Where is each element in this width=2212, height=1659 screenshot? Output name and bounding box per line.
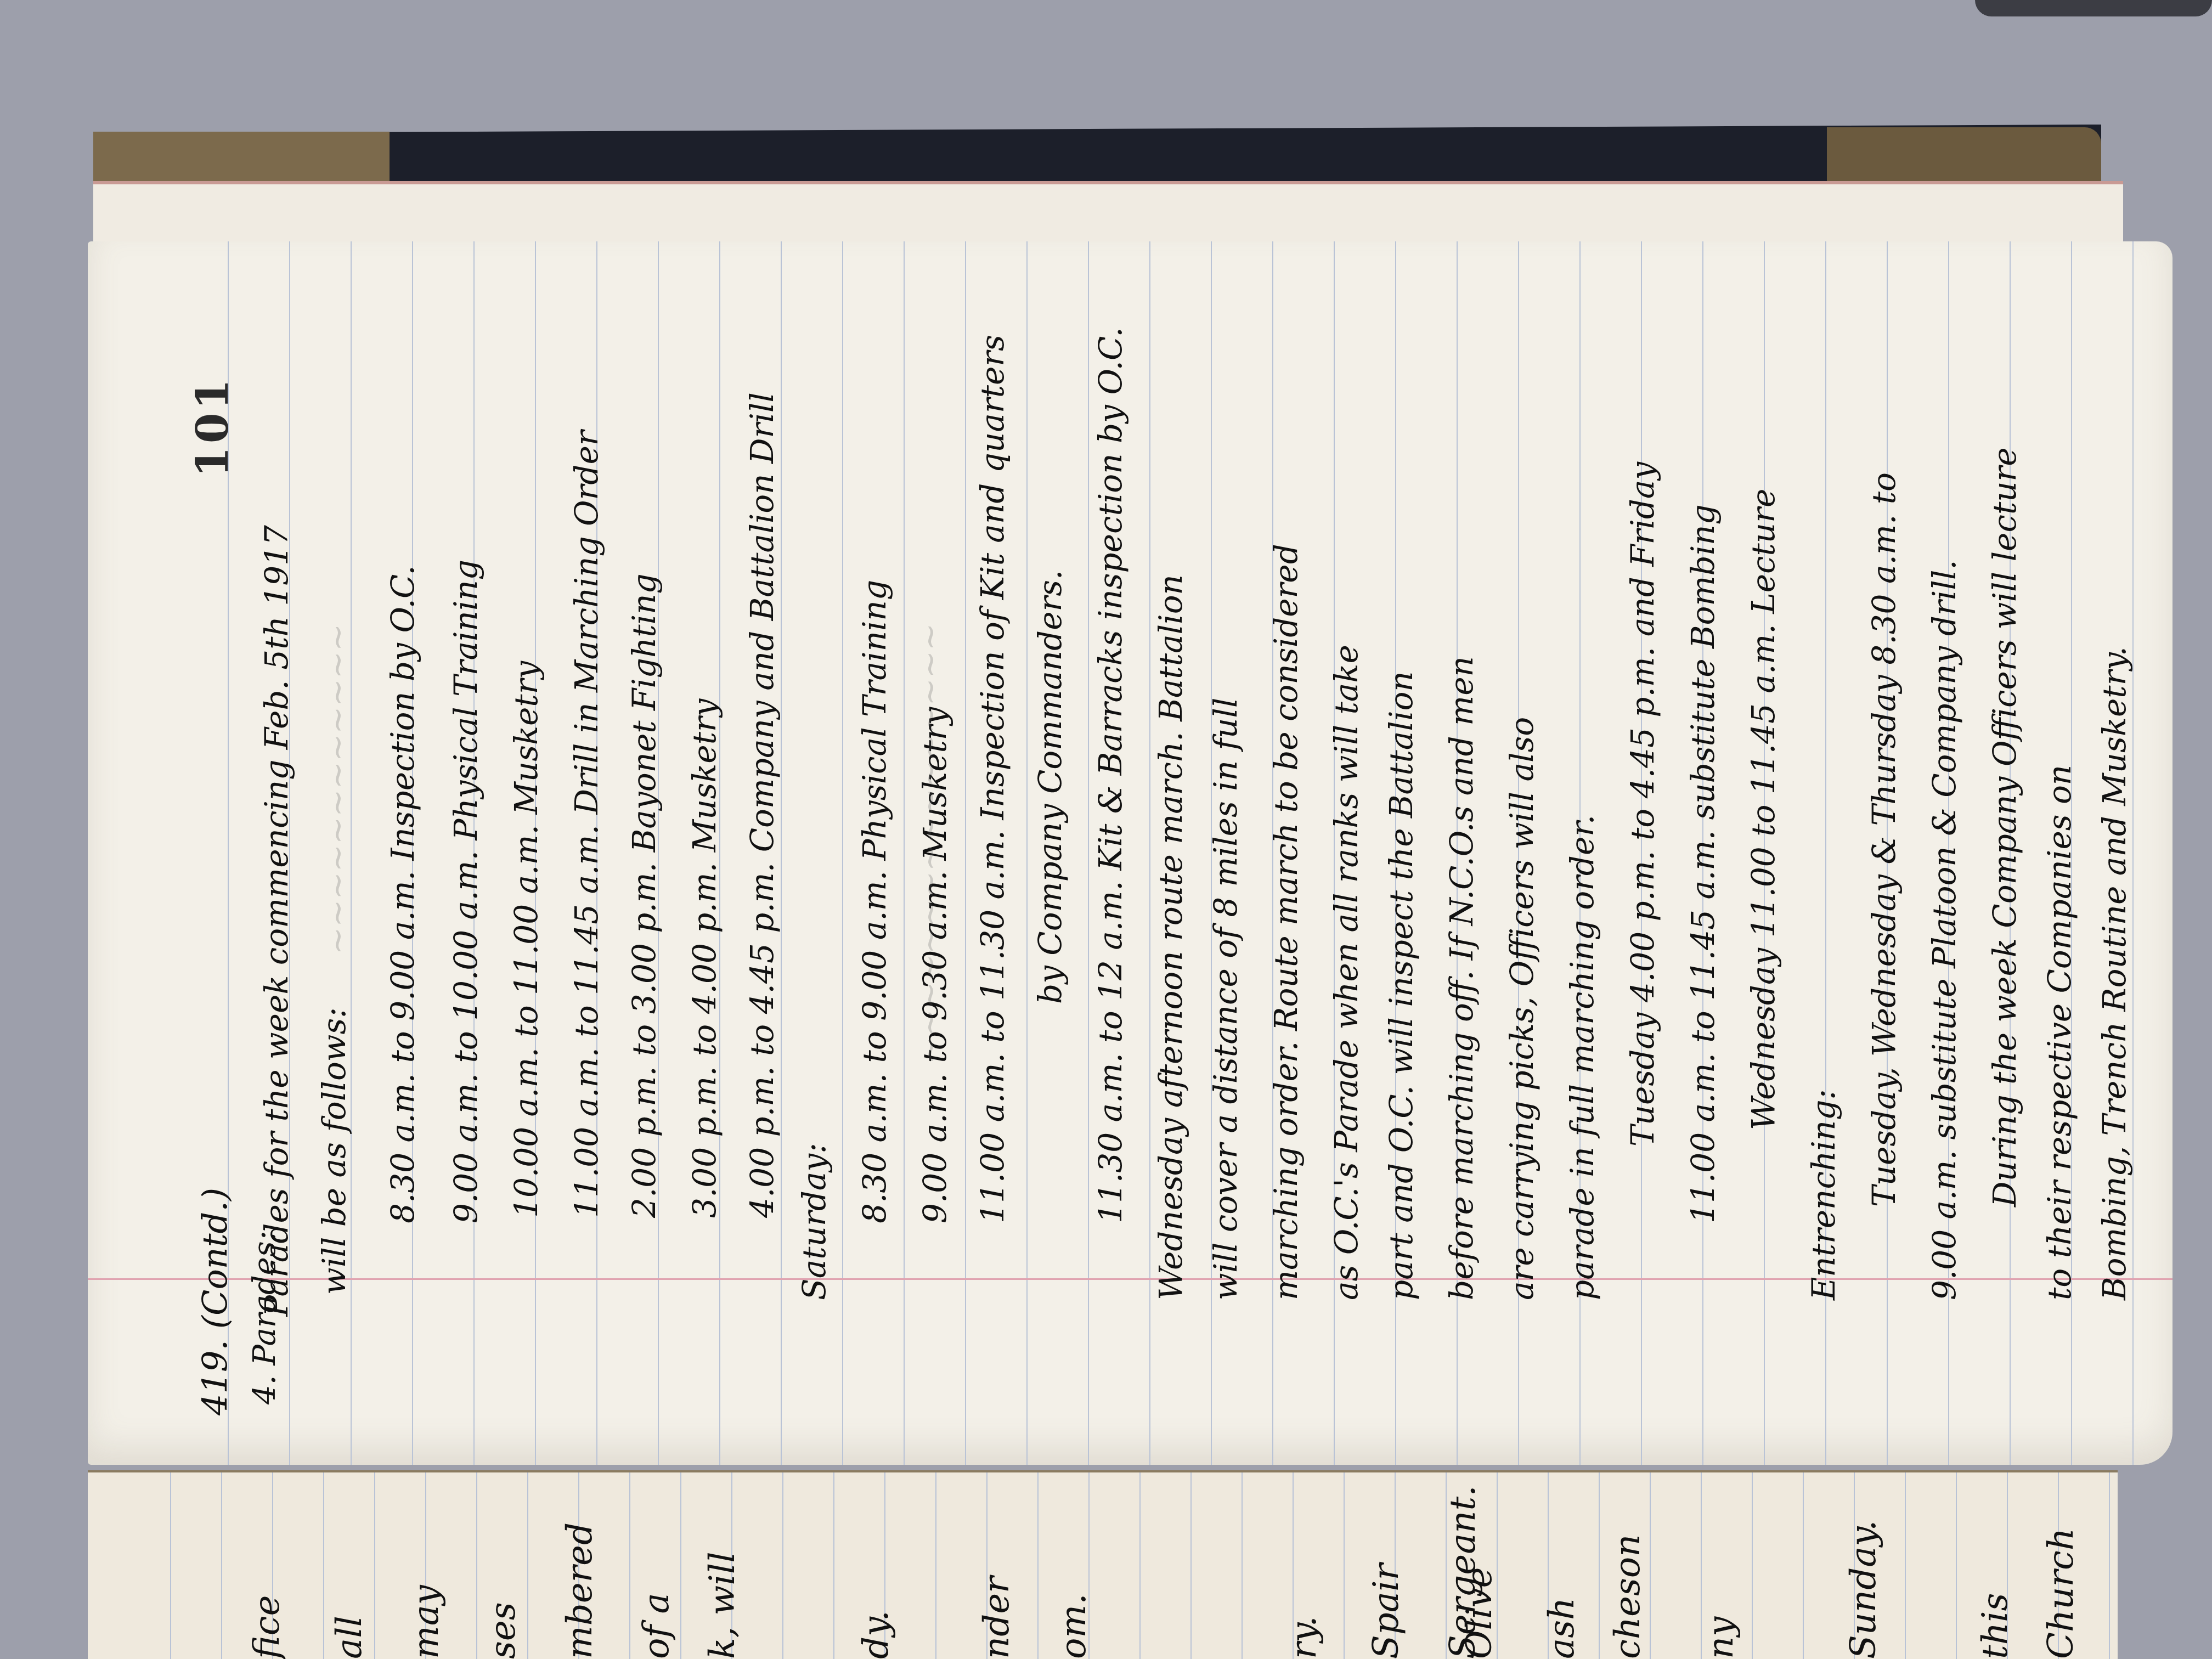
facing-ruled-line	[782, 1472, 783, 1659]
facing-ruled-line	[1190, 1472, 1192, 1659]
facing-ruled-line	[323, 1472, 324, 1659]
facing-ruled-line	[2109, 1472, 2110, 1659]
facing-page: ficeallmaysesmberedof ak, willdy.nderom.…	[88, 1470, 2118, 1659]
handwritten-line: by Company Commanders.	[1031, 570, 1069, 1005]
ruled-line	[1149, 241, 1150, 1465]
facing-ruled-line	[170, 1472, 171, 1659]
handwritten-line: to their respective Companies on	[2041, 765, 2078, 1300]
handwritten-line: Parades for the week commencing Feb. 5th…	[258, 525, 295, 1317]
handwritten-line: 8.30 a.m. to 9.00 a.m. Inspection by O.C…	[384, 565, 421, 1223]
facing-page-fragment: k, will	[702, 1551, 743, 1659]
handwritten-line: 8.30 a.m. to 9.00 a.m. Physical Training	[856, 580, 893, 1223]
facing-ruled-line	[833, 1472, 834, 1659]
handwritten-line: as O.C.'s Parade when all ranks will tak…	[1328, 645, 1365, 1300]
page-stack-edge	[93, 181, 2123, 246]
facing-ruled-line	[1242, 1472, 1243, 1659]
facing-ruled-line	[527, 1472, 528, 1659]
handwritten-line: parade in full marching order.	[1564, 815, 1601, 1300]
facing-ruled-line	[1139, 1472, 1141, 1659]
handwritten-line: 4.00 p.m. to 4.45 p.m. Company and Batta…	[743, 392, 781, 1218]
background-object-shadow	[1975, 0, 2212, 16]
facing-ruled-line	[1650, 1472, 1651, 1659]
facing-page-fragment: Olive	[1459, 1567, 1500, 1659]
handwritten-line: are carrying picks, Officers will also	[1503, 717, 1541, 1300]
red-margin-line	[88, 1278, 2172, 1280]
worn-cover-corner-right	[1827, 127, 2101, 182]
handwritten-line: 2.00 p.m. to 3.00 p.m. Bayonet Fighting	[625, 573, 663, 1218]
handwritten-line: 9.00 a.m. substitute Platoon & Company d…	[1926, 560, 1963, 1300]
facing-page-fragment: of a	[636, 1593, 677, 1659]
section-heading: 419. (Contd.)	[195, 1188, 235, 1415]
ruled-line	[842, 241, 843, 1465]
facing-page-fragment: ses	[483, 1602, 523, 1659]
handwritten-line: 3.00 p.m. to 4.00 p.m. Musketry	[686, 699, 723, 1218]
facing-ruled-line	[1599, 1472, 1600, 1659]
handwritten-line: Bombing, Trench Routine and Musketry.	[2096, 646, 2133, 1300]
facing-page-fragment: cheson	[1607, 1534, 1648, 1659]
handwritten-line: Wednesday afternoon route march. Battali…	[1152, 574, 1189, 1300]
bleed-through-text: ~~~~~~~~~~~~	[318, 624, 357, 955]
handwritten-line: before marching off. If N.C.O.s and men	[1443, 656, 1480, 1300]
handwritten-line: 11.00 a.m. to 11.30 a.m. Inspection of K…	[974, 335, 1011, 1223]
ledger-page: 101 419. (Contd.) 4. Parades: Parades fo…	[88, 241, 2172, 1465]
facing-page-fragment: mbered	[560, 1522, 600, 1659]
handwritten-line: Wednesday 11.00 to 11.45 a.m. Lecture	[1745, 489, 1782, 1130]
facing-page-fragment: nder	[977, 1576, 1017, 1659]
facing-ruled-line	[680, 1472, 681, 1659]
ruled-line	[1026, 241, 1028, 1465]
facing-page-fragment: fice	[247, 1595, 287, 1659]
facing-ruled-line	[221, 1472, 222, 1659]
facing-page-fragment: dy.	[856, 1610, 896, 1659]
facing-page-fragment: ash	[1542, 1598, 1582, 1659]
ruled-line	[965, 241, 966, 1465]
facing-ruled-line	[1344, 1472, 1345, 1659]
facing-page-fragment: ny	[1701, 1617, 1741, 1659]
handwritten-line: Tuesday, Wednesday & Thursday 8.30 a.m. …	[1865, 472, 1903, 1207]
handwritten-line: 11.00 a.m. to 11.45 a.m. substitute Bomb…	[1684, 504, 1722, 1223]
facing-ruled-line	[1803, 1472, 1804, 1659]
facing-page-fragment: Church	[2041, 1528, 2081, 1659]
handwritten-line: Tuesday 4.00 p.m. to 4.45 p.m. and Frida…	[1624, 462, 1661, 1147]
handwritten-line: 11.00 a.m. to 11.45 a.m. Drill in Marchi…	[568, 431, 605, 1218]
bleed-through-text: ~~~~~~~~~~~~~~~~	[911, 623, 949, 1064]
page-number: 101	[187, 376, 238, 477]
handwritten-line: 11.30 a.m. to 12 a.m. Kit & Barracks ins…	[1092, 327, 1129, 1223]
facing-page-fragment: Sunday.	[1843, 1520, 1884, 1659]
handwritten-line: 10.00 a.m. to 11.00 a.m. Musketry	[507, 661, 545, 1218]
facing-ruled-line	[935, 1472, 936, 1659]
facing-ruled-line	[629, 1472, 630, 1659]
handwritten-line: will cover a distance of 8 miles in full	[1207, 698, 1244, 1300]
handwritten-line: Saturday:	[795, 1143, 833, 1300]
facing-ruled-line	[1956, 1472, 1957, 1659]
page-number-holder: 101	[187, 368, 241, 477]
handwritten-line: During the week Company Officers will le…	[1986, 447, 2023, 1207]
ruled-line	[904, 241, 905, 1465]
handwritten-line: 9.00 a.m. to 10.00 a.m. Physical Trainin…	[447, 560, 484, 1223]
facing-page-fragment: all	[329, 1616, 370, 1659]
facing-page-fragment: om.	[1053, 1593, 1094, 1659]
facing-page-fragment: this	[1975, 1593, 2016, 1659]
facing-ruled-line	[1752, 1472, 1753, 1659]
handwritten-line: Entrenching:	[1805, 1089, 1842, 1300]
handwritten-line: part and O.C. will inspect the Battalion	[1383, 671, 1420, 1300]
ruled-line	[781, 241, 782, 1465]
facing-page-fragment: Spair	[1366, 1564, 1407, 1659]
handwritten-line: marching order. Route march to be consid…	[1267, 544, 1305, 1300]
facing-ruled-line	[374, 1472, 375, 1659]
facing-page-fragment: may	[406, 1585, 447, 1659]
facing-ruled-line	[1037, 1472, 1039, 1659]
handwritten-line: will be as follows:	[315, 1007, 353, 1295]
facing-page-fragment: ry.	[1284, 1616, 1324, 1659]
ruled-line	[1088, 241, 1089, 1465]
facing-ruled-line	[1905, 1472, 1906, 1659]
facing-ruled-line	[476, 1472, 477, 1659]
